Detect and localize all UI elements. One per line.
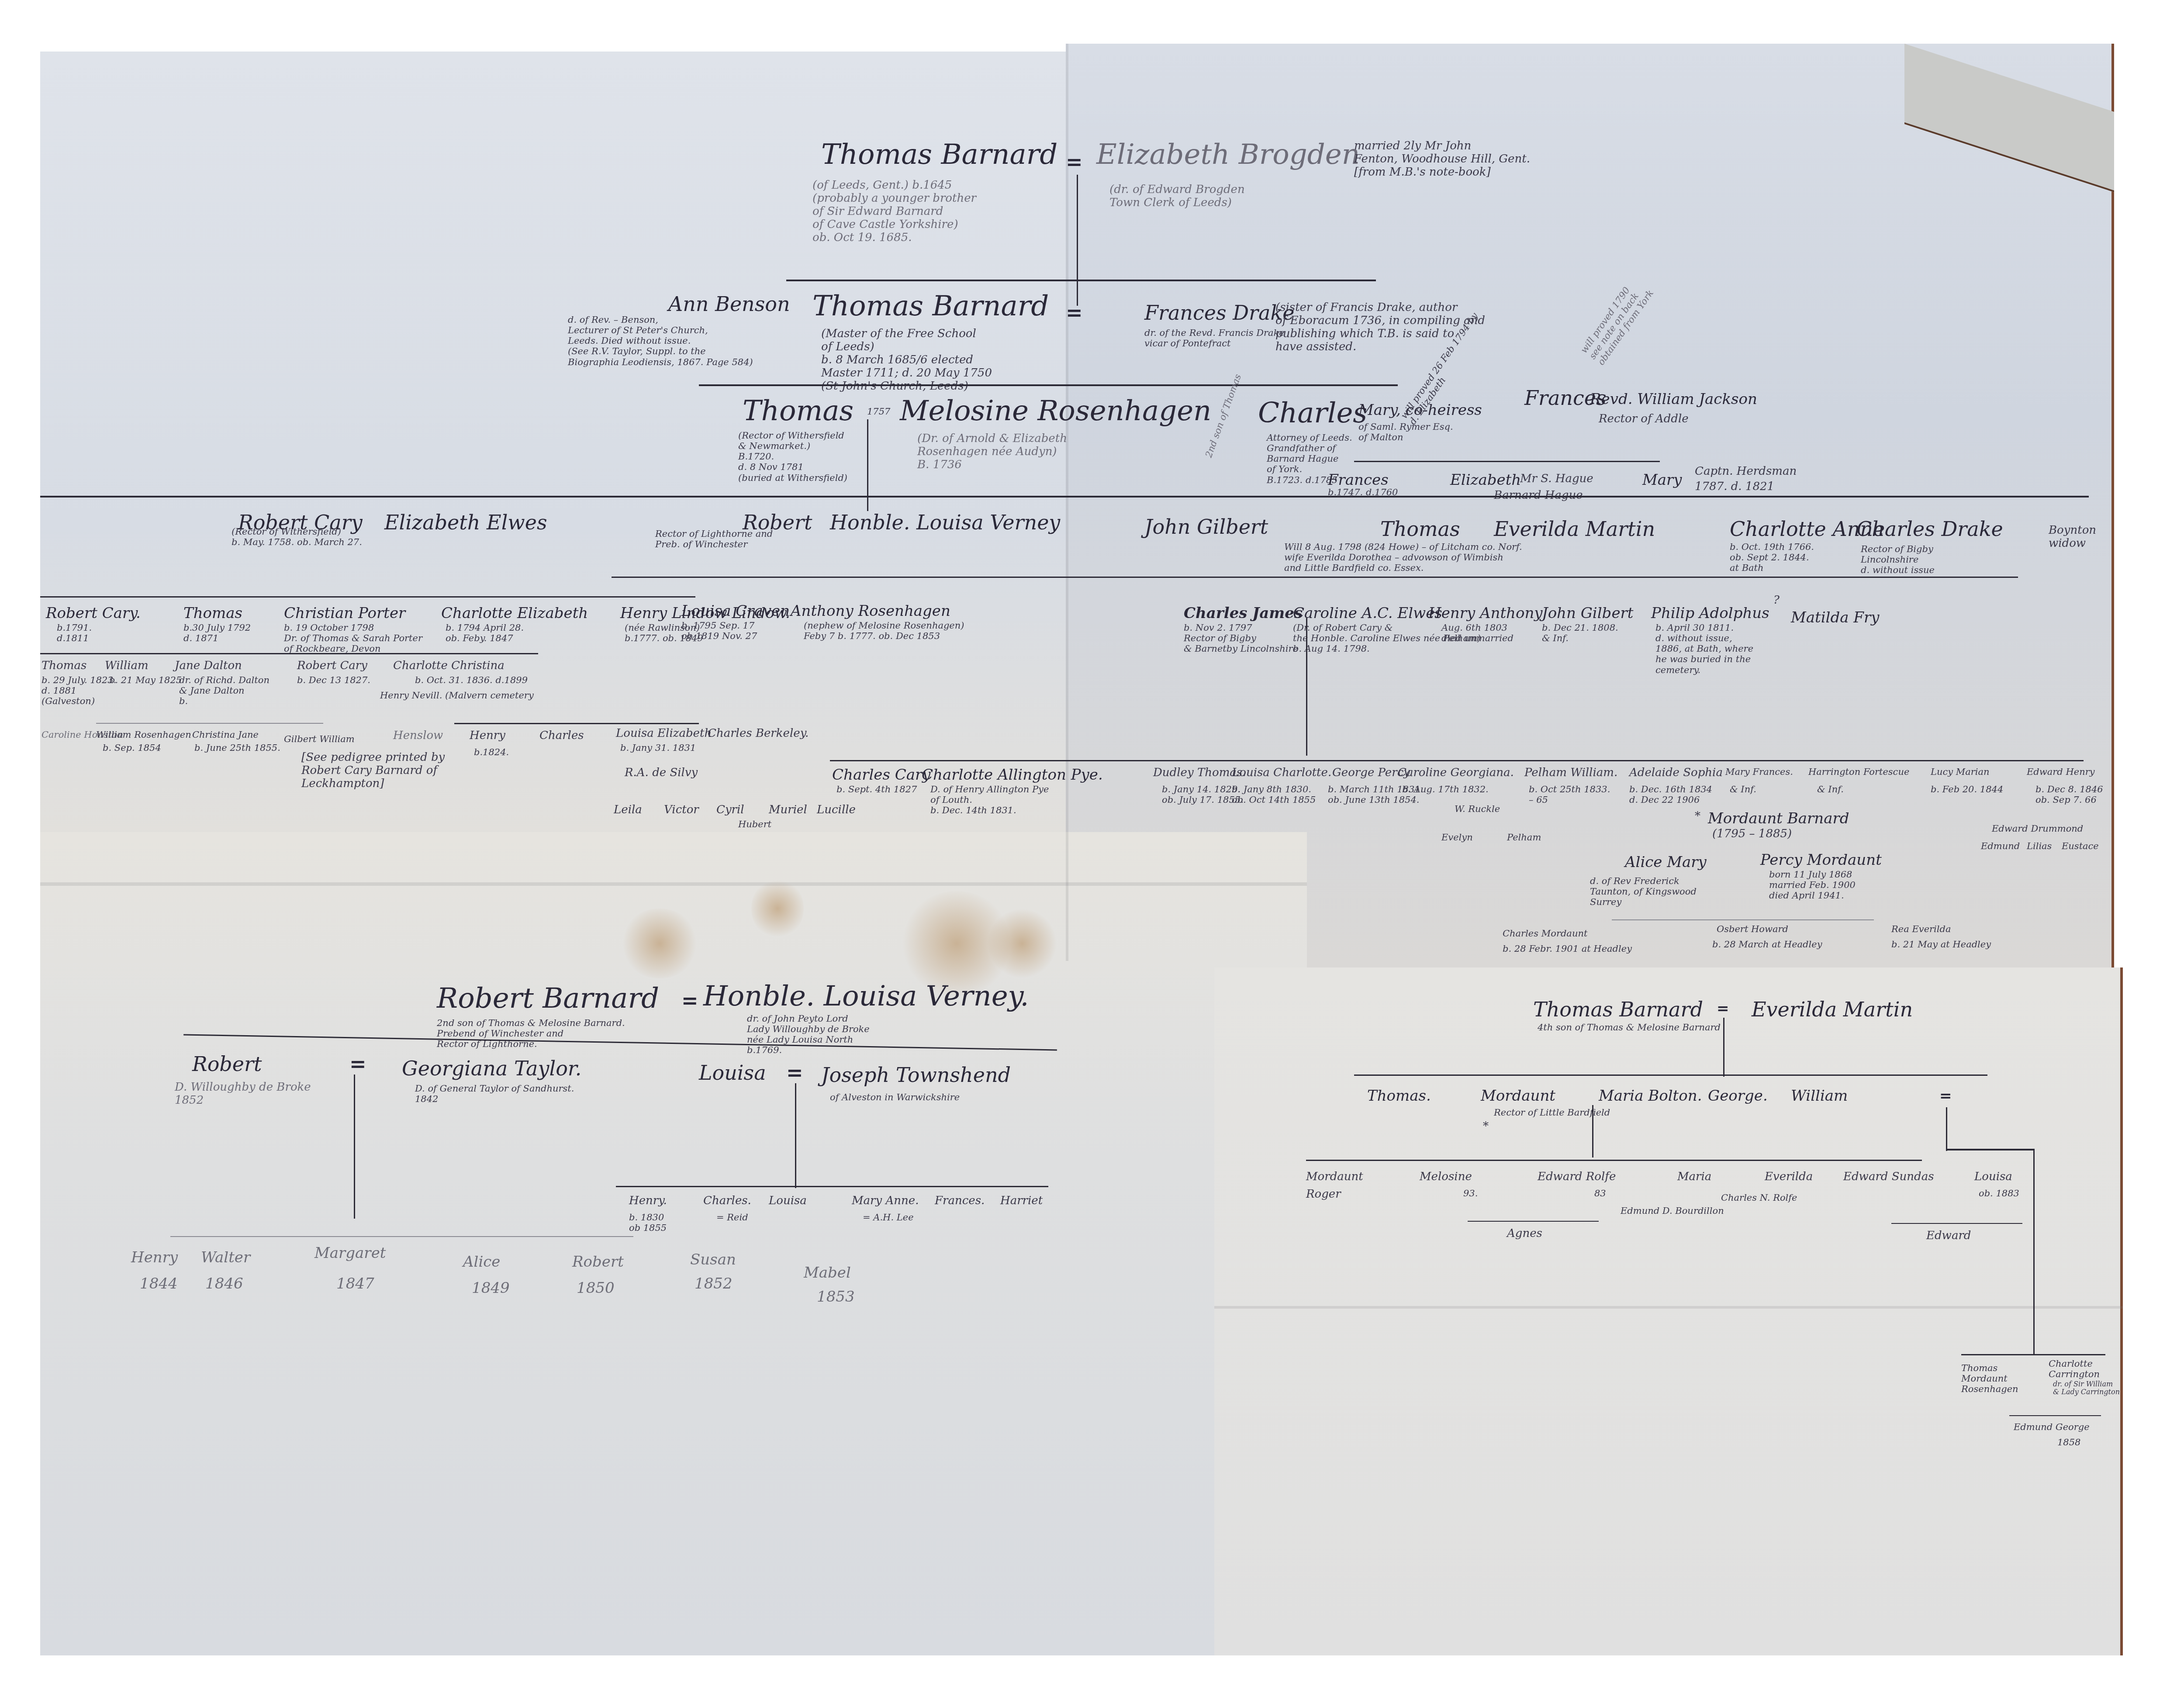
gen6-cj-0-note: b. Sept. 4th 1827	[836, 784, 917, 795]
family-line	[1306, 1160, 1922, 1161]
william-line-child: Edmund George	[2014, 1422, 2090, 1432]
descent-line	[354, 1074, 355, 1219]
family-line	[1354, 461, 1660, 462]
gen3-charles-name: Charles	[1258, 397, 1367, 430]
lindow-child-0-note: b.1824.	[474, 747, 509, 757]
gen2-second-wife-name: Frances Drake	[1144, 301, 1295, 325]
gen5-robert-1-note: b. Nov 2. 1797 Rector of Bigby & Barnetb…	[1184, 622, 1298, 654]
ruckle-child-0: Evelyn	[1441, 832, 1473, 843]
thomas-child-0: Thomas.	[1367, 1088, 1431, 1105]
family-line	[96, 723, 323, 724]
descent-line	[1306, 618, 1307, 756]
gen4-john-gilbert: John Gilbert	[1144, 515, 1268, 539]
gen5-robert-4: Philip Adolphus	[1651, 605, 1769, 622]
gen3-thomas-note: (Rector of Withersfield & Newmarket.) B.…	[738, 430, 847, 483]
gen7-cary-0-spouse: William Rosenhagen	[96, 729, 191, 740]
gen5-robert-0-spouse: Anthony Rosenhagen	[791, 603, 950, 620]
gen5-cary-2: Charlotte Elizabeth	[441, 605, 588, 622]
lindow-child-0: Henry	[470, 729, 505, 743]
robert-child-2-year: 1847	[336, 1275, 374, 1292]
gen2-first-wife-note: d. of Rev. – Benson, Lecturer of St Pete…	[568, 314, 753, 367]
gen1-wife-name: Elizabeth Brogden	[1096, 139, 1360, 171]
gen6-cj-9-spouse: Edward Drummond	[1992, 823, 2083, 834]
grandchild-2-spouse2: Edmund D. Bourdillon	[1621, 1206, 1724, 1216]
lindow-child-2: Louisa Elizabeth	[616, 727, 712, 740]
william-line-spouse: Charlotte Carrington	[2049, 1358, 2114, 1379]
gen7-cary-3: Henslow	[393, 729, 443, 743]
louisa-child: Edward	[1926, 1230, 1971, 1243]
gen4-thomas: Thomas	[1380, 518, 1460, 541]
lindow-child-2-note: b. Jany 31. 1831	[620, 743, 696, 753]
gen6-cary-3-spouse: Henry Nevill. (Malvern cemetery	[380, 690, 534, 701]
gen5-cary-0: Robert Cary.	[46, 605, 141, 622]
grandchild-3-spouse: Edward Sundas	[1843, 1171, 1934, 1184]
descent-line	[795, 1083, 796, 1188]
marriage-sign: =	[1066, 301, 1083, 325]
thomas-child-1-spouse: Maria Bolton.	[1599, 1088, 1702, 1105]
de-silvy-child-5: Lucille	[817, 804, 856, 817]
gen4-thomas-will-note: Will 8 Aug. 1798 (824 Howe) – of Litcham…	[1284, 542, 1522, 573]
de-silvy-name: R.A. de Silvy	[625, 767, 698, 780]
robert-child-3: Alice	[463, 1254, 500, 1271]
percy-mordaunt-note: born 11 July 1868 married Feb. 1900 died…	[1769, 869, 1856, 901]
gen1-husband-note: (of Leeds, Gent.) b.1645 (probably a you…	[812, 179, 976, 244]
family-line	[1468, 1221, 1599, 1222]
family-line	[699, 384, 1398, 386]
family-line	[786, 280, 1376, 281]
gen5-robert-2: Henry Anthony	[1428, 605, 1543, 622]
grandchild-1-note: 93.	[1463, 1188, 1478, 1199]
sheet-thomas-husband: Thomas Barnard	[1533, 998, 1703, 1021]
grandchild-0: Mordaunt	[1306, 1171, 1363, 1184]
gen1-remarriage-note: married 2ly Mr John Fenton, Woodhouse Hi…	[1354, 140, 1530, 179]
grandchild-2: Maria	[1677, 1171, 1711, 1184]
family-line	[1354, 1074, 1987, 1076]
ruckle-child-1: Pelham	[1507, 832, 1541, 843]
robert-child-1-year: 1846	[205, 1275, 243, 1292]
descent-line	[1592, 1105, 1593, 1157]
family-line-pencil	[170, 1236, 633, 1237]
gen5-robert-4-spouse: Matilda Fry	[1791, 609, 1879, 626]
grandchild-2-spouse: Charles N. Rolfe	[1721, 1192, 1797, 1203]
drummond-child-2: Eustace	[2062, 841, 2099, 851]
fold-crease-horizontal-right	[1214, 1306, 2123, 1309]
gen4-robert-cary-spouse: Elizabeth Elwes	[384, 511, 547, 534]
grandchild-1: Melosine	[1420, 1171, 1472, 1184]
de-silvy-child-3: Hubert	[738, 819, 771, 829]
drummond-child-0: Edmund	[1981, 841, 2020, 851]
de-silvy-child-0: Leila	[614, 804, 642, 817]
sheet-robert-wife: Honble. Louisa Verney.	[703, 981, 1029, 1013]
sheet-robert-son-note: D. Willoughby de Broke 1852	[175, 1081, 311, 1107]
gen6-cj-4-spouse: W. Ruckle	[1455, 804, 1500, 814]
descent-line	[1723, 1018, 1724, 1077]
william-line-child-year: 1858	[2057, 1437, 2080, 1448]
sheet-robert-husband: Robert Barnard	[437, 983, 659, 1015]
townshend-child-2: Louisa	[769, 1195, 807, 1208]
percy-child-0: Charles Mordaunt	[1503, 928, 1587, 939]
gen5-robert-1-spouse: Caroline A.C. Elwes	[1293, 605, 1442, 622]
gen5-robert-4-note: b. April 30 1811. d. without issue, 1886…	[1655, 622, 1753, 675]
gen4-thomas-spouse: Everilda Martin	[1494, 518, 1655, 541]
descent-line	[1077, 175, 1078, 306]
marriage-sign: =	[349, 1053, 366, 1076]
percy-child-2: Rea Everilda	[1891, 924, 1951, 934]
gen5-cary-1-note: b.30 July 1792 d. 1871	[183, 622, 251, 643]
charles-child-2-note: 1787. d. 1821	[1695, 480, 1774, 494]
gen6-cary-1-spouse-note: dr. of Richd. Dalton & Jane Dalton b.	[179, 675, 270, 706]
family-line	[40, 653, 538, 654]
fold-crease-vertical	[1066, 44, 1068, 961]
gen3-mary-rymer-note: of Saml. Rymer Esq. of Malton	[1358, 421, 1453, 442]
gen6-cary-3: Charlotte Christina	[393, 660, 505, 673]
sheet-robert-daughter: Louisa	[699, 1061, 766, 1085]
percy-child-0-note: b. 28 Febr. 1901 at Headley	[1503, 943, 1632, 954]
gen3-melosine-note: (Dr. of Arnold & Elizabeth Rosenhagen né…	[917, 432, 1067, 472]
gen5-cary-1-spouse: Christian Porter	[284, 605, 405, 622]
family-line	[1891, 1223, 2022, 1224]
gen6-cj-10: Edward Henry	[2027, 767, 2095, 777]
sheet-robert-son-spouse: Georgiana Taylor.	[402, 1057, 581, 1080]
family-line	[2009, 1415, 2101, 1416]
gen6-cj-0-spouse-note: D. of Henry Allington Pye of Louth. b. D…	[930, 784, 1049, 815]
percy-child-1: Osbert Howard	[1717, 924, 1788, 934]
de-silvy-child-1: Victor	[664, 804, 699, 817]
sheet-robert-daughter-spouse: Joseph Townshend	[821, 1064, 1011, 1087]
charles-child-2: Mary	[1642, 472, 1682, 489]
gen5-robert-2-note: Aug. 6th 1803 died unmarried	[1441, 622, 1514, 643]
percy-child-1-note: b. 28 March at Headley	[1712, 939, 1822, 950]
gen5-cary-1: Thomas	[183, 605, 242, 622]
sheet-thomas-wife: Everilda Martin	[1752, 998, 1913, 1021]
gen6-cj-6: Adelaide Sophia	[1629, 767, 1723, 780]
gen4-robert-spouse: Honble. Louisa Verney	[830, 511, 1060, 534]
rolfe-child: Agnes	[1507, 1227, 1542, 1240]
fold-crease-horizontal	[40, 882, 1307, 886]
gen5-robert-0: Louisa Craven	[681, 603, 790, 620]
paper-sheet-bottom-right	[1214, 967, 2123, 1655]
gen6-cary-1: William	[105, 660, 149, 673]
robert-child-6-year: 1853	[817, 1289, 855, 1306]
gen6-cj-2-note: b. Jany 8th 1830. ob. Oct 14th 1855	[1232, 784, 1316, 805]
sheet-robert-husband-note: 2nd son of Thomas & Melosine Barnard. Pr…	[437, 1018, 625, 1049]
thomas-child-2: George.	[1708, 1088, 1768, 1105]
townshend-child-3-note: = A.H. Lee	[863, 1212, 914, 1223]
robert-child-5: Susan	[690, 1251, 736, 1268]
gen5-robert-1: Charles James	[1184, 605, 1303, 622]
gen2-husband-name: Thomas Barnard	[812, 290, 1049, 323]
charles-child-0: Frances	[1328, 472, 1389, 489]
gen3-marriage-year: 1757	[867, 406, 890, 417]
gen4-charles-drake-spouse: Boynton widow	[2049, 524, 2084, 550]
gen6-cj-6-note: b. Dec. 16th 1834 d. Dec 22 1906	[1629, 784, 1712, 805]
townshend-child-0: Henry.	[629, 1195, 667, 1208]
robert-child-4: Robert	[572, 1254, 624, 1271]
gen5-robert-4-question: ?	[1773, 594, 1780, 607]
gen6-cary-0: Thomas	[41, 660, 86, 673]
gen7-cary-0-note: b. Sep. 1854	[103, 743, 161, 753]
marriage-sign: =	[1066, 151, 1083, 174]
thomas-child-1: Mordaunt	[1481, 1088, 1555, 1105]
gen6-cary-1-note: b. 21 May 1825	[109, 675, 182, 685]
charles-child-1-spouse: Mr S. Hague	[1520, 473, 1593, 486]
lindow-child-2-spouse: Charles Berkeley.	[708, 727, 809, 740]
gen6-cj-8: Harrington Fortescue	[1808, 767, 1909, 777]
gen7-cary-1: Christina Jane	[192, 729, 259, 740]
grandchild-4: Louisa	[1974, 1171, 2012, 1184]
mordaunt-mark: *	[1483, 1120, 1489, 1133]
gen4-charlotte-anne-note: b. Oct. 19th 1766. ob. Sept 2. 1844. at …	[1730, 542, 1814, 573]
sheet-robert-son-spouse-note: D. of General Taylor of Sandhurst. 1842	[415, 1083, 574, 1104]
percy-child-2-note: b. 21 May at Headley	[1891, 939, 1991, 950]
grandchild-0-note: Roger	[1306, 1188, 1341, 1201]
sheet-thomas-husband-note: 4th son of Thomas & Melosine Barnard	[1538, 1022, 1721, 1033]
paper-sheet-top-right	[1066, 44, 2114, 970]
robert-child-0: Henry	[131, 1249, 178, 1266]
grandchild-3: Everilda	[1765, 1171, 1813, 1184]
gen7-cary-2: Gilbert William	[284, 734, 355, 744]
gen5-cary-0-note: b.1791. d.1811	[57, 622, 92, 643]
family-line-gen6	[830, 760, 2084, 761]
marriage-sign: =	[1717, 1000, 1729, 1017]
gen3-thomas-name: Thomas	[743, 395, 854, 428]
gen6-cj-10-note: b. Dec 8. 1846 ob. Sep 7. 66	[2035, 784, 2103, 805]
gen1-wife-note: (dr. of Edward Brogden Town Clerk of Lee…	[1109, 183, 1245, 210]
gen2-husband-note: (Master of the Free School of Leeds) b. …	[821, 328, 992, 393]
gen4-robert-cary-note: (Rector of Withersfield) b. May. 1758. o…	[232, 526, 362, 547]
robert-child-3-year: 1849	[472, 1280, 510, 1297]
gen6-cj-2: Louisa Charlotte.	[1232, 767, 1331, 780]
gen6-cj-0-spouse: Charlotte Allington Pye.	[922, 767, 1103, 784]
grandchild-1-spouse-note: 83	[1594, 1188, 1606, 1199]
robert-child-4-year: 1850	[577, 1280, 615, 1297]
gen4-robert-note: Rector of Lighthorne and Preb. of Winche…	[655, 529, 773, 549]
sheet-robert-son: Robert	[192, 1053, 262, 1076]
gen4-charles-drake-note: Rector of Bigby Lincolnshire d. without …	[1861, 544, 1935, 575]
charles-child-2-spouse: Captn. Herdsman	[1695, 465, 1797, 478]
gen6-cj-5: Pelham William.	[1524, 767, 1617, 780]
william-line-name: Thomas Mordaunt Rosenhagen	[1961, 1363, 2044, 1394]
sheet-robert-daughter-spouse-note: of Alveston in Warwickshire	[830, 1092, 960, 1102]
grandchild-1-spouse: Edward Rolfe	[1538, 1171, 1616, 1184]
william-marriage-sign: =	[1939, 1088, 1952, 1105]
marriage-sign: =	[681, 989, 698, 1012]
gen3-frances-note: Rector of Addle	[1599, 413, 1689, 426]
gen6-cj-7: Mary Frances.	[1725, 767, 1793, 777]
family-line	[1612, 919, 1874, 920]
see-pedigree-note: [See pedigree printed by Robert Cary Bar…	[301, 751, 445, 791]
robert-child-5-year: 1852	[695, 1275, 733, 1292]
townshend-child-1: Charles.	[703, 1195, 751, 1208]
gen6-cj-9-note: b. Feb 20. 1844	[1931, 784, 2003, 795]
gen4-charles-drake: Charles Drake	[1856, 518, 2003, 541]
gen6-cary-2-note: b. Dec 13 1827.	[297, 675, 370, 685]
thomas-child-3: William	[1791, 1088, 1848, 1105]
gen6-cj-7-note: & Inf.	[1730, 784, 1756, 795]
gen5-cary-2-note: b. 1794 April 28. ob. Feby. 1847	[446, 622, 524, 643]
robert-child-0-year: 1844	[140, 1275, 178, 1292]
gen6-cj-5-note: b. Oct 25th 1833. – 65	[1529, 784, 1610, 805]
gen5-robert-0-spouse-note: (nephew of Melosine Rosenhagen) Feby 7 b…	[804, 620, 964, 641]
percy-mordaunt-name: Percy Mordaunt	[1760, 852, 1882, 869]
gen6-cary-1-spouse: Jane Dalton	[175, 660, 242, 673]
robert-child-6: Mabel	[804, 1264, 851, 1282]
descent-line	[1946, 1107, 1947, 1151]
foxing-stain	[751, 878, 804, 939]
marriage-sign: =	[786, 1061, 803, 1085]
gen5-robert-3-note: b. Dec 21. 1808. & Inf.	[1542, 622, 1618, 643]
sheet-robert-wife-note: dr. of John Peyto Lord Lady Willoughby d…	[747, 1013, 870, 1056]
townshend-child-0-note: b. 1830 ob 1855	[629, 1212, 667, 1233]
de-silvy-child-4: Muriel	[769, 804, 807, 817]
gen6-cj-6-spouse-note: (1795 – 1885)	[1712, 828, 1792, 841]
townshend-child-5: Harriet	[1000, 1195, 1043, 1208]
foxing-stain	[620, 909, 699, 978]
robert-child-1: Walter	[201, 1249, 250, 1266]
gen2-first-wife-name: Ann Benson	[668, 293, 790, 316]
descent-line	[2033, 1149, 2035, 1354]
family-line	[1961, 1354, 2105, 1355]
william-line-spouse-note: dr. of Sir William & Lady Carrington	[2053, 1380, 2120, 1396]
gen6-cary-0-note: b. 29 July. 1823. d. 1881 (Galveston)	[41, 675, 116, 706]
gen5-cary-1-spouse-note: b. 19 October 1798 Dr. of Thomas & Sarah…	[284, 622, 422, 654]
gen6-cj-8-note: & Inf.	[1817, 784, 1844, 795]
gen5-robert-3: John Gilbert	[1542, 605, 1633, 622]
townshend-child-1-note: = Reid	[716, 1212, 748, 1223]
gen6-cary-2: Robert Cary	[297, 660, 367, 673]
family-line	[1946, 1149, 2033, 1150]
gen6-cary-3-note: b. Oct. 31. 1836. d.1899	[415, 675, 528, 685]
family-line-gen5	[612, 577, 2018, 578]
townshend-child-4: Frances.	[935, 1195, 985, 1208]
gen3-melosine-name: Melosine Rosenhagen	[900, 395, 1211, 428]
drummond-child-1: Lilias	[2027, 841, 2052, 851]
foxing-stain	[987, 909, 1057, 978]
percy-mordaunt-spouse: Alice Mary	[1625, 854, 1707, 871]
gen6-cj-1-note: b. Jany 14. 1829. ob. July 17. 1855.	[1162, 784, 1244, 805]
gen6-cj-9: Lucy Marian	[1931, 767, 1990, 777]
family-line	[454, 723, 699, 724]
gen6-cj-4-note: b. Aug. 17th 1832.	[1402, 784, 1489, 795]
gen1-husband-name: Thomas Barnard	[821, 139, 1057, 171]
de-silvy-child-2: Cyril	[716, 804, 744, 817]
charles-child-1: Elizabeth	[1450, 472, 1521, 489]
percy-mordaunt-spouse-note: d. of Rev Frederick Taunton, of Kingswoo…	[1590, 876, 1697, 907]
adelaide-mark: *	[1695, 810, 1700, 823]
townshend-child-3: Mary Anne.	[852, 1195, 919, 1208]
gen7-cary-1-note: b. June 25th 1855.	[194, 743, 280, 753]
gen6-cj-6-spouse: Mordaunt Barnard	[1708, 810, 1849, 827]
family-line	[616, 1186, 1048, 1187]
gen6-cj-0: Charles Cary	[832, 767, 930, 784]
gen5-robert-0-note: b. 1795 Sep. 17 ob 1819 Nov. 27	[681, 620, 757, 641]
gen3-frances-spouse: Revd. William Jackson	[1590, 391, 1757, 408]
gen2-second-wife-note: dr. of the Revd. Francis Drake vicar of …	[1144, 328, 1285, 349]
gen6-cj-4: Caroline Georgiana.	[1398, 767, 1514, 780]
robert-child-2: Margaret	[314, 1245, 386, 1262]
family-line	[40, 596, 695, 598]
grandchild-4-note: ob. 1883	[1979, 1188, 2019, 1199]
family-line-gen4	[40, 496, 2089, 498]
lindow-child-1: Charles	[539, 729, 584, 743]
